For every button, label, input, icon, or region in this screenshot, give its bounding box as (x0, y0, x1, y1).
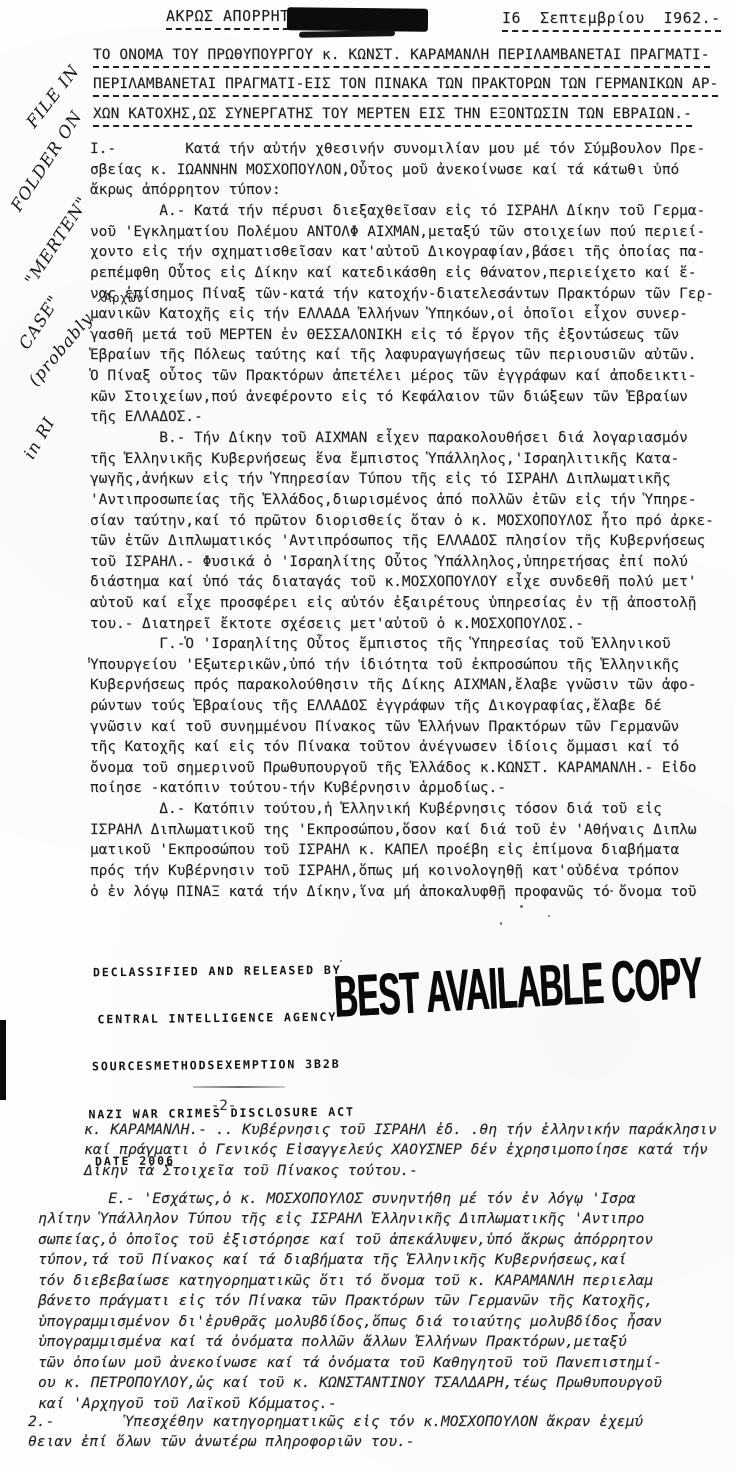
scan-speck (520, 905, 523, 908)
paragraph-G: Γ.-Ὁ 'Ισραηλίτης Οὗτος ἔμπιστος τῆς Ὑπηρ… (90, 634, 696, 799)
redaction-smudge (299, 30, 395, 38)
scan-speck (500, 922, 502, 925)
paragraph-B: Β.- Τήν Δίκην τοῦ ΑΙΧΜΑΝ εἶχεν παρακολου… (90, 428, 714, 634)
margin-note-line-3: "MERTEN" (21, 193, 92, 289)
scan-speck (548, 915, 550, 917)
paragraph-D: Δ.- Κατόπιν τούτου,ἡ Ἑλληνική Κυβέρνησις… (90, 799, 696, 902)
stamp-line-1: DECLASSIFIED AND RELEASED BY (93, 962, 354, 981)
paragraph-karamanlis-continued: κ. ΚΑΡΑΜΑΝΛΗ.- .. Κυβέρνησις τοῦ ΙΣΡΑΗΛ … (84, 1120, 717, 1181)
scanned-document-page: ΑΚΡΩΣ ΑΠΟΡΡΗΤΟΣ- Ι6 Σεπτεμβρίου Ι962.- Τ… (0, 0, 735, 1472)
scan-speck (610, 890, 613, 892)
document-date: Ι6 Σεπτεμβρίου Ι962.- (502, 10, 721, 32)
paragraph-2-pledge: 2.- Ὑπεσχέθην κατηγορηματικῶς εἰς τόν κ.… (28, 1412, 643, 1453)
redaction-bar (287, 7, 428, 31)
scan-speck (340, 960, 342, 962)
document-title: ΤΟ ΟΝΟΜΑ ΤΟΥ ΠΡΩΘΥΠΟΥΡΓΟΥ κ. ΚΩΝΣΤ. ΚΑΡΑ… (93, 44, 718, 132)
scan-speck (88, 660, 90, 663)
title-line-1: ΤΟ ΟΝΟΜΑ ΤΟΥ ΠΡΩΘΥΠΟΥΡΓΟΥ κ. ΚΩΝΣΤ. ΚΑΡΑ… (93, 47, 710, 68)
page-divider-line (193, 1086, 285, 1088)
best-available-copy-stamp: BEST AVAILABLE COPY (332, 943, 703, 1031)
title-line-3: ΧΩΝ ΚΑΤΟΧΗΣ,ΩΣ ΣΥΝΕΡΓΑΤΗΣ ΤΟΥ ΜΕΡΤΕΝ ΕΙΣ… (93, 106, 692, 127)
page-number: -2- (211, 1098, 236, 1114)
stamp-line-3: SOURCESMETHODSEXEMPTION 3B2B (92, 1057, 355, 1076)
margin-note-line-6: in RI (20, 414, 59, 463)
paragraph-E: Ε.- 'Εσχάτως,ὁ κ. ΜΟΣΧΟΠΟΥΛΟΣ συνηντήθη … (38, 1189, 662, 1414)
paragraph-I: Ι.- Κατά τήν αὐτήν χθεσινήν συνομιλίαν μ… (90, 139, 705, 201)
scan-speck (700, 300, 702, 302)
scan-edge-artifact (0, 1020, 6, 1100)
paragraph-A: Α.- Κατά τήν πέρυσι διεξαχθεῖσαν εἰς τό … (90, 201, 714, 428)
stamp-line-2: CENTRAL INTELLIGENCE AGENCY (97, 1010, 354, 1028)
title-line-2: ΠΕΡΙΛΑΜΒΑΝΕΤΑΙ ΠΡΑΓΜΑΤΙ-ΕΙΣ ΤΟΝ ΠΙΝΑΚΑ Τ… (93, 76, 718, 97)
